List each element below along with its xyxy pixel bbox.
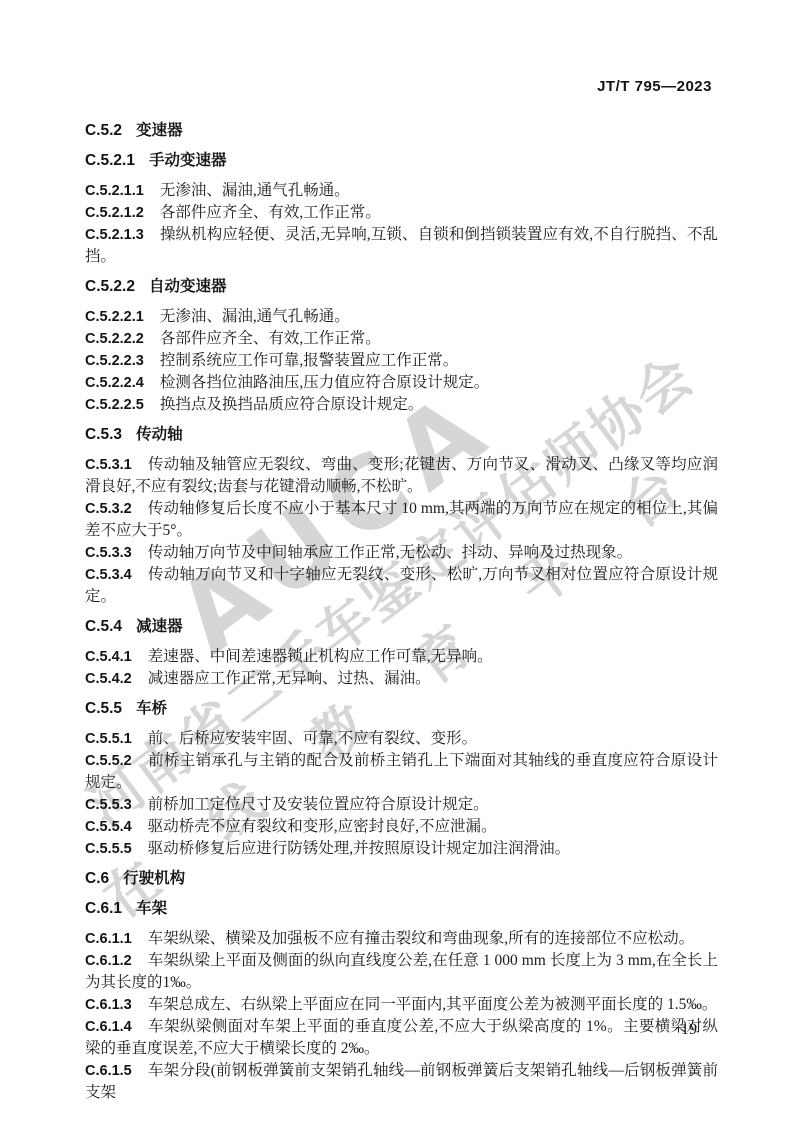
clause-number: C.5.3.1 [85, 457, 132, 473]
clause-paragraph: C.5.2.1.2各部件应齐全、有效,工作正常。 [85, 202, 718, 224]
clause-number: C.5.2.2.3 [85, 353, 144, 369]
clause-number: C.5.4.1 [85, 649, 132, 665]
clause-text: 传动轴万向节及中间轴承应工作正常,无松动、抖动、异响及过热现象。 [148, 544, 632, 561]
clause-paragraph: C.5.4.2减速器应工作正常,无异响、过热、漏油。 [85, 668, 718, 690]
section-heading: C.5.2.2自动变速器 [85, 276, 718, 298]
standard-code-header: JT/T 795—2023 [597, 78, 712, 95]
clause-text: 前桥主销承孔与主销的配合及前桥主销孔上下端面对其轴线的垂直度应符合原设计规定。 [85, 752, 718, 791]
clause-text: 手动变速器 [149, 152, 227, 169]
clause-paragraph: C.6.1.3车架总成左、右纵梁上平面应在同一平面内,其平面度公差为被测平面长度… [85, 994, 718, 1016]
clause-paragraph: C.6.1.5车架分段(前钢板弹簧前支架销孔轴线—前钢板弹簧后支架销孔轴线—后钢… [85, 1060, 718, 1104]
document-body: C.5.2变速器C.5.2.1手动变速器C.5.2.1.1无渗油、漏油,通气孔畅… [85, 112, 718, 1104]
clause-text: 车架总成左、右纵梁上平面应在同一平面内,其平面度公差为被测平面长度的 1.5‰。 [148, 996, 718, 1013]
clause-number: C.5.5.1 [85, 731, 132, 747]
clause-paragraph: C.6.1.2车架纵梁上平面及侧面的纵向直线度公差,在任意 1 000 mm 长… [85, 950, 718, 994]
clause-paragraph: C.5.5.4驱动桥壳不应有裂纹和变形,应密封良好,不应泄漏。 [85, 816, 718, 838]
clause-text: 车架纵梁、横梁及加强板不应有撞击裂纹和弯曲现象,所有的连接部位不应松动。 [148, 930, 694, 947]
clause-text: 车架 [136, 900, 167, 917]
clause-text: 行驶机构 [123, 870, 185, 887]
clause-number: C.6.1.5 [85, 1063, 132, 1079]
clause-paragraph: C.5.5.5驱动桥修复后应进行防锈处理,并按照原设计规定加注润滑油。 [85, 838, 718, 860]
clause-text: 前、后桥应安装牢固、可靠,不应有裂纹、变形。 [148, 730, 477, 747]
clause-number: C.5.2.1.1 [85, 183, 144, 199]
clause-number: C.6.1 [85, 900, 122, 917]
clause-text: 控制系统应工作可靠,报警装置应工作正常。 [160, 352, 458, 369]
clause-text: 换挡点及换挡品质应符合原设计规定。 [160, 396, 424, 413]
clause-number: C.5.2 [85, 122, 122, 139]
clause-paragraph: C.5.4.1差速器、中间差速器锁止机构应工作可靠,无异响。 [85, 646, 718, 668]
clause-paragraph: C.5.5.1前、后桥应安装牢固、可靠,不应有裂纹、变形。 [85, 728, 718, 750]
clause-text: 传动轴 [136, 426, 183, 443]
clause-paragraph: C.5.2.2.2各部件应齐全、有效,工作正常。 [85, 328, 718, 350]
clause-text: 减速器 [136, 618, 183, 635]
page-number: 19 [681, 1021, 697, 1039]
clause-number: C.5.2.2.2 [85, 331, 144, 347]
clause-number: C.5.5.4 [85, 819, 132, 835]
section-heading: C.5.3传动轴 [85, 424, 718, 446]
clause-text: 传动轴及轴管应无裂纹、弯曲、变形;花键齿、万向节叉、滑动叉、凸缘叉等均应润滑良好… [85, 456, 718, 495]
clause-number: C.5.2.1.3 [85, 227, 144, 243]
clause-number: C.5.2.2.4 [85, 375, 144, 391]
clause-text: 各部件应齐全、有效,工作正常。 [160, 330, 381, 347]
clause-number: C.5.3.4 [85, 567, 132, 583]
clause-text: 操纵机构应轻便、灵活,无异响,互锁、自锁和倒挡锁装置应有效,不自行脱挡、不乱挡。 [85, 226, 718, 265]
section-heading: C.6.1车架 [85, 898, 718, 920]
clause-paragraph: C.5.3.1传动轴及轴管应无裂纹、弯曲、变形;花键齿、万向节叉、滑动叉、凸缘叉… [85, 454, 718, 498]
clause-paragraph: C.5.5.2前桥主销承孔与主销的配合及前桥主销孔上下端面对其轴线的垂直度应符合… [85, 750, 718, 794]
clause-number: C.6.1.4 [85, 1019, 132, 1035]
clause-text: 车桥 [136, 700, 167, 717]
clause-number: C.5.4 [85, 618, 122, 635]
clause-text: 无渗油、漏油,通气孔畅通。 [160, 182, 350, 199]
clause-number: C.6.1.3 [85, 997, 132, 1013]
clause-text: 传动轴修复后长度不应小于基本尺寸 10 mm,其两端的万向节应在规定的相位上,其… [85, 500, 718, 539]
clause-text: 变速器 [136, 122, 183, 139]
clause-number: C.5.2.2 [85, 278, 135, 295]
clause-paragraph: C.5.2.2.4检测各挡位油路油压,压力值应符合原设计规定。 [85, 372, 718, 394]
clause-paragraph: C.5.2.2.1无渗油、漏油,通气孔畅通。 [85, 306, 718, 328]
clause-text: 车架分段(前钢板弹簧前支架销孔轴线—前钢板弹簧后支架销孔轴线—后钢板弹簧前支架 [85, 1062, 718, 1101]
clause-number: C.5.3.3 [85, 545, 132, 561]
clause-number: C.6.1.2 [85, 953, 132, 969]
section-heading: C.6行驶机构 [85, 868, 718, 890]
clause-paragraph: C.5.5.3前桥加工定位尺寸及安装位置应符合原设计规定。 [85, 794, 718, 816]
clause-number: C.5.3.2 [85, 501, 132, 517]
clause-number: C.5.3 [85, 426, 122, 443]
clause-number: C.5.2.2.1 [85, 309, 144, 325]
section-heading: C.5.5车桥 [85, 698, 718, 720]
clause-text: 各部件应齐全、有效,工作正常。 [160, 204, 381, 221]
clause-number: C.5.2.2.5 [85, 397, 144, 413]
clause-paragraph: C.5.2.2.3控制系统应工作可靠,报警装置应工作正常。 [85, 350, 718, 372]
clause-number: C.5.5 [85, 700, 122, 717]
clause-paragraph: C.6.1.4车架纵梁侧面对车架上平面的垂直度公差,不应大于纵梁高度的 1%。主… [85, 1016, 718, 1060]
clause-text: 传动轴万向节叉和十字轴应无裂纹、变形、松旷,万向节叉相对位置应符合原设计规定。 [85, 566, 718, 605]
section-heading: C.5.4减速器 [85, 616, 718, 638]
clause-paragraph: C.5.3.3传动轴万向节及中间轴承应工作正常,无松动、抖动、异响及过热现象。 [85, 542, 718, 564]
document-page: AUCA 河南省二手车鉴定评估师协会 在线教育平台 JT/T 795—2023 … [0, 0, 800, 1131]
section-heading: C.5.2变速器 [85, 120, 718, 142]
clause-number: C.5.5.5 [85, 841, 132, 857]
section-heading: C.5.2.1手动变速器 [85, 150, 718, 172]
clause-text: 自动变速器 [149, 278, 227, 295]
clause-number: C.5.4.2 [85, 671, 132, 687]
clause-paragraph: C.6.1.1车架纵梁、横梁及加强板不应有撞击裂纹和弯曲现象,所有的连接部位不应… [85, 928, 718, 950]
clause-paragraph: C.5.2.2.5换挡点及换挡品质应符合原设计规定。 [85, 394, 718, 416]
clause-text: 驱动桥修复后应进行防锈处理,并按照原设计规定加注润滑油。 [148, 840, 570, 857]
clause-paragraph: C.5.3.4传动轴万向节叉和十字轴应无裂纹、变形、松旷,万向节叉相对位置应符合… [85, 564, 718, 608]
clause-number: C.6 [85, 870, 109, 887]
clause-text: 前桥加工定位尺寸及安装位置应符合原设计规定。 [148, 796, 489, 813]
clause-number: C.6.1.1 [85, 931, 132, 947]
clause-number: C.5.5.3 [85, 797, 132, 813]
clause-text: 车架纵梁上平面及侧面的纵向直线度公差,在任意 1 000 mm 长度上为 3 m… [85, 952, 718, 991]
clause-text: 减速器应工作正常,无异响、过热、漏油。 [148, 670, 431, 687]
clause-paragraph: C.5.2.1.3操纵机构应轻便、灵活,无异响,互锁、自锁和倒挡锁装置应有效,不… [85, 224, 718, 268]
clause-text: 差速器、中间差速器锁止机构应工作可靠,无异响。 [148, 648, 493, 665]
clause-text: 检测各挡位油路油压,压力值应符合原设计规定。 [160, 374, 489, 391]
clause-paragraph: C.5.3.2传动轴修复后长度不应小于基本尺寸 10 mm,其两端的万向节应在规… [85, 498, 718, 542]
clause-text: 车架纵梁侧面对车架上平面的垂直度公差,不应大于纵梁高度的 1%。主要横梁对纵梁的… [85, 1018, 718, 1057]
clause-number: C.5.5.2 [85, 753, 132, 769]
clause-text: 驱动桥壳不应有裂纹和变形,应密封良好,不应泄漏。 [148, 818, 497, 835]
clause-text: 无渗油、漏油,通气孔畅通。 [160, 308, 350, 325]
clause-paragraph: C.5.2.1.1无渗油、漏油,通气孔畅通。 [85, 180, 718, 202]
clause-number: C.5.2.1.2 [85, 205, 144, 221]
clause-number: C.5.2.1 [85, 152, 135, 169]
